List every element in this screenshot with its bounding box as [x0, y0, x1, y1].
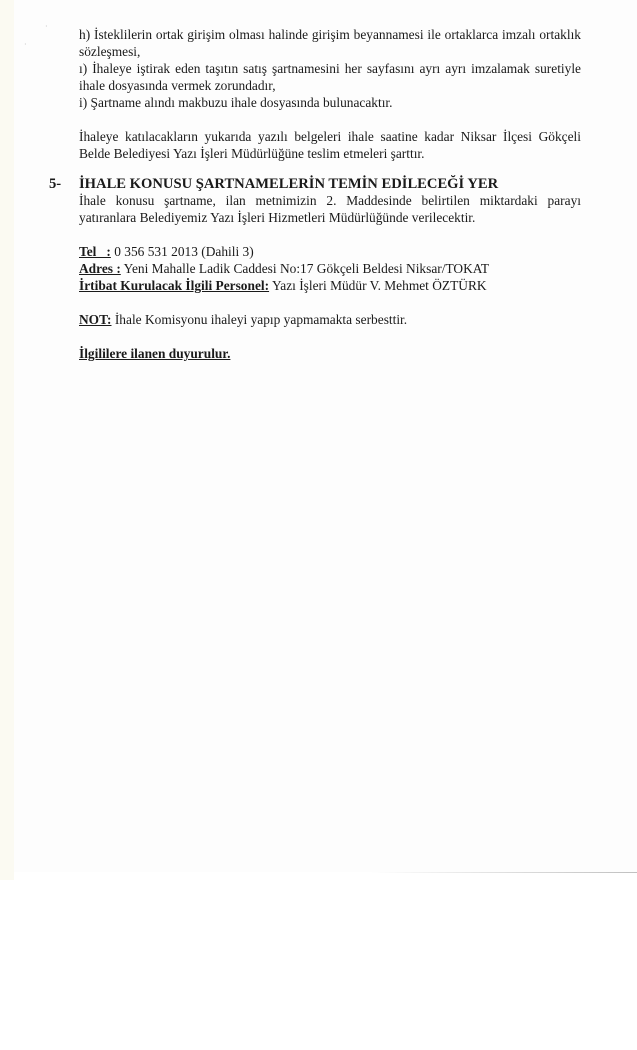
note-text: İhale Komisyonu ihaleyi yapıp yapmamakta… — [115, 312, 407, 327]
item-marker: h) — [79, 27, 90, 42]
closing-announcement: İlgililere ilanen duyurulur. — [79, 345, 581, 362]
scan-page-bottom-edge — [370, 872, 637, 873]
scan-edge-tint — [0, 0, 14, 880]
item-text: İsteklilerin ortak girişim olması halind… — [79, 27, 581, 59]
person-value: Yazı İşleri Müdür V. Mehmet ÖZTÜRK — [272, 278, 487, 293]
note-label: NOT: — [79, 312, 111, 327]
tel-value: 0 356 531 2013 (Dahili 3) — [114, 244, 253, 259]
section-title: İHALE KONUSU ŞARTNAMELERİN TEMİN EDİLECE… — [79, 176, 498, 192]
item-h: h) İsteklilerin ortak girişim olması hal… — [79, 26, 581, 60]
scan-speck: · — [24, 40, 27, 49]
item-text: İhaleye iştirak eden taşıtın satış şartn… — [79, 61, 581, 93]
contact-person: İrtibat Kurulacak İlgili Personel: Yazı … — [79, 277, 581, 294]
item-i: i) Şartname alındı makbuzu ihale dosyası… — [79, 94, 581, 111]
address-value: Yeni Mahalle Ladik Caddesi No:17 Gökçeli… — [124, 261, 489, 276]
tel-label: Tel : — [79, 244, 111, 259]
item-marker: i) — [79, 95, 87, 110]
scan-speck: · — [45, 22, 48, 31]
item-marker: ı) — [79, 61, 87, 76]
item-text: Şartname alındı makbuzu ihale dosyasında… — [91, 95, 393, 110]
submission-paragraph: İhaleye katılacakların yukarıda yazılı b… — [79, 128, 581, 162]
section-number: 5- — [49, 176, 61, 192]
contact-address: Adres : Yeni Mahalle Ladik Caddesi No:17… — [79, 260, 581, 277]
section-5-heading: 5- İHALE KONUSU ŞARTNAMELERİN TEMİN EDİL… — [79, 176, 581, 192]
address-label: Adres : — [79, 261, 121, 276]
section-5-body: İhale konusu şartname, ilan metnimizin 2… — [79, 192, 581, 226]
person-label: İrtibat Kurulacak İlgili Personel: — [79, 278, 269, 293]
document-body: h) İsteklilerin ortak girişim olması hal… — [79, 26, 581, 362]
contact-tel: Tel : 0 356 531 2013 (Dahili 3) — [79, 243, 581, 260]
item-dotless-i: ı) İhaleye iştirak eden taşıtın satış şa… — [79, 60, 581, 94]
note-line: NOT: İhale Komisyonu ihaleyi yapıp yapma… — [79, 311, 581, 328]
